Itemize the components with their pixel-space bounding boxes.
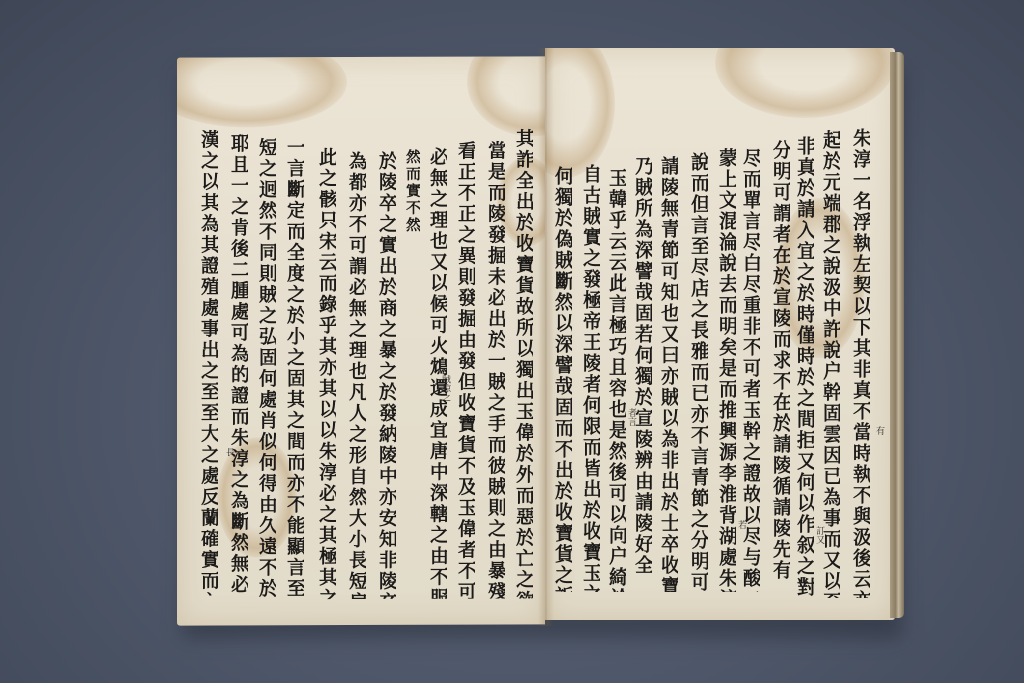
- left-page: 其詐全出於收寶貨故所以獨出玉偉於外而惡於亡之欲 當是而陵發掘未必出於一賊之手而彼…: [177, 56, 545, 625]
- text-column: 看正不正之異則發掘由發但收寶貨不及玉偉者不可謂: [456, 141, 475, 599]
- text-column: 耶且一之肯後二腫處可為的證而朱淳之為斷然無必為其而當出: [229, 133, 248, 595]
- text-column: 短之迥然不同則賊之弘固何處肖似何得由久遠不於之户: [257, 137, 276, 599]
- text-column: 必無之理也又以候可火鴆還成宜唐中深轄之由不服興亦似: [428, 147, 447, 599]
- right-page-text: 朱淳一名浮執左契以下其非真不當時執不與汲後云亦當盾 起於元端郡之說汲中許說户幹固…: [545, 48, 895, 620]
- text-column: 分明可謂者在於宣陵而求不在於請陵循請陵先有: [771, 140, 790, 590]
- margin-annotation: 者言: [625, 408, 638, 426]
- text-column: 玉韓乎云云此言極巧且容也是然後可以向户綺於假户耳然: [607, 168, 626, 592]
- text-column: 乃賊所為深譬哉固若何獨於宣陵辨由請陵好全: [633, 156, 652, 584]
- page-edges: [890, 52, 904, 618]
- margin-annotation: 若: [735, 520, 748, 529]
- margin-annotation: 長: [223, 447, 236, 456]
- photo-scene: 其詐全出於收寶貨故所以獨出玉偉於外而惡於亡之欲 當是而陵發掘未必出於一賊之手而彼…: [0, 0, 1024, 683]
- text-column: 非真於請入宜之於時僅時於之間拒又何以作叙之對青節: [795, 136, 814, 598]
- text-column: 何獨於偽賊斷然以深譬哉固而不出於收寶貨之訴矜善: [553, 166, 572, 592]
- text-column: 當是而陵發掘未必出於一賊之手而彼賊則之由暴殘惡之: [486, 140, 505, 598]
- text-column: 漢之以其為其證殖處事出之至至大之處反蘭確實而之宜乎如: [199, 129, 218, 595]
- text-column: 說而但言至尽店之長雅而已亦不言青節之分明可謂: [689, 152, 708, 592]
- text-column: 此之骸只宋云而錄乎其亦其以以朱淳必之其極其之心豈不: [317, 147, 336, 599]
- margin-annotation: 訂又: [813, 526, 826, 544]
- text-column: 蒙上文混淪說去而明矣是而推興源李淮背湖處朱淳之: [717, 148, 736, 592]
- margin-annotation: 有: [873, 426, 886, 435]
- text-column: 其詐全出於收寶貨故所以獨出玉偉於外而惡於亡之欲: [514, 128, 533, 598]
- text-column: 為都亦不可謂必無之理也凡人之形自然大小長短肩背不同今: [347, 151, 366, 599]
- text-column: 請陵無青節可知也又曰亦賊以為非出於士卒收寶貨之訴: [659, 156, 678, 592]
- text-column: 於陵卒之實出於商之暴之於發納陵中亦安知非陵卒之而: [377, 151, 396, 599]
- right-page: 朱淳一名浮執左契以下其非真不當時執不與汲後云亦當盾 起於元端郡之說汲中許說户幹固…: [545, 48, 895, 620]
- text-column: 然而實不然: [405, 149, 420, 269]
- left-page-text: 其詐全出於收寶貨故所以獨出玉偉於外而惡於亡之欲 當是而陵發掘未必出於一賊之手而彼…: [177, 56, 545, 625]
- text-column: 一言斷定而全度之於小之固其之間而亦不能顯言至大小長: [285, 137, 304, 599]
- text-column: 自古賊實之發極帝王陵者何限而皆出於收寶玉之訴則: [581, 164, 600, 592]
- text-column: 朱淳一名浮執左契以下其非真不當時執不與汲後云亦當盾: [851, 128, 870, 598]
- margin-annotation: 賊掠之: [439, 375, 452, 402]
